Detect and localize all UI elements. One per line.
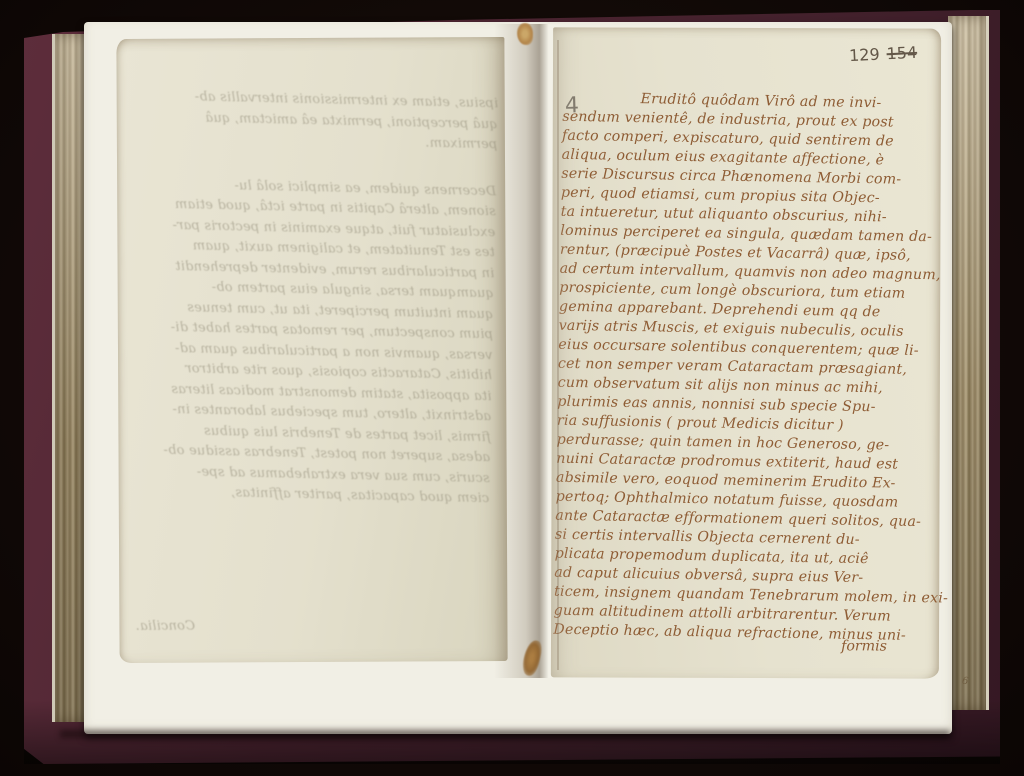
left-page: ipsius, etiam ex intermissionis interval… bbox=[116, 37, 507, 663]
manuscript-text-block: Eruditô quôdam Virô ad me invi-sendum ve… bbox=[553, 89, 941, 647]
catchword: formis bbox=[841, 638, 887, 654]
folio-number-group: 129 154 bbox=[849, 43, 918, 65]
right-page: 129 154 4 Eruditô quôdam Virô ad me invi… bbox=[551, 27, 941, 678]
gutter-stain-top bbox=[517, 23, 533, 45]
folio-number: 129 bbox=[849, 45, 880, 65]
photograph-stage: ipsius, etiam ex intermissionis interval… bbox=[0, 0, 1024, 776]
showthrough-block: ipsius, etiam ex intermissionis interval… bbox=[117, 86, 498, 510]
folio-number-struck: 154 bbox=[886, 43, 917, 63]
leaf-shadow-seam bbox=[60, 730, 950, 738]
showthrough-top-lines: ipsius, etiam ex intermissionis interval… bbox=[125, 86, 498, 156]
fore-edge-stack-right bbox=[948, 16, 989, 710]
gutter-crease bbox=[557, 40, 559, 670]
showthrough-body-lines: Decernens quidem, ea simplici solâ lu-si… bbox=[117, 173, 496, 509]
showthrough-foot-word: Concilia. bbox=[135, 617, 195, 638]
